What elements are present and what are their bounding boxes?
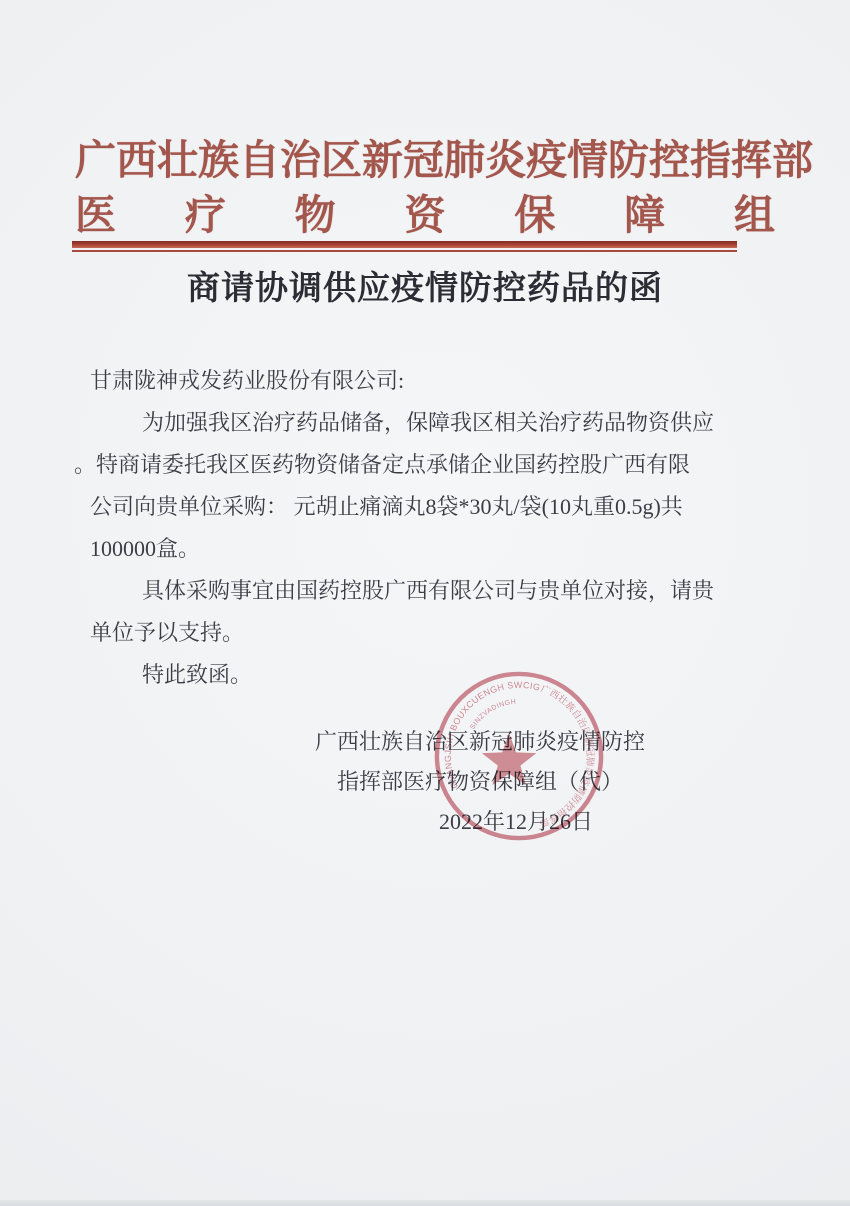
letterhead-rule-thick (72, 241, 737, 248)
letterhead-line2: 医疗物资保障组 (75, 191, 775, 239)
body-line-6: 单位予以支持。 (90, 612, 780, 654)
body-line-4: 100000盒。 (90, 528, 780, 570)
document-title: 商请协调供应疫情防控药品的函 (0, 262, 850, 309)
body-line-1: 为加强我区治疗药品储备，保障我区相关治疗药品物资供应 (90, 402, 780, 444)
svg-text:广西壮族自治区新冠肺炎疫情防控指挥部: 广西壮族自治区新冠肺炎疫情防控指挥部 (538, 683, 597, 830)
body-line-recipient: 甘肃陇神戎发药业股份有限公司: (90, 360, 780, 402)
svg-text:GVANGJSIH BOUXCUENGH SWCIGIH: GVANGJSIH BOUXCUENGH SWCIGIH (443, 680, 542, 791)
body-line-5: 具体采购事宜由国药控股广西有限公司与贵单位对接，请贵 (90, 570, 780, 612)
document-page: 广西壮族自治区新冠肺炎疫情防控指挥部 医疗物资保障组 商请协调供应疫情防控药品的… (0, 0, 850, 1206)
letter-body: 甘肃陇神戎发药业股份有限公司: 为加强我区治疗药品储备，保障我区相关治疗药品物资… (90, 360, 780, 696)
letterhead-rule-thin (72, 250, 737, 252)
letterhead-line1: 广西壮族自治区新冠肺炎疫情防控指挥部 (75, 136, 775, 184)
body-line-2: 。特商请委托我区医药物资储备定点承储企业国药控股广西有限 (74, 444, 780, 486)
seal-star-icon (482, 733, 537, 785)
seal-ring-latin-text: GVANGJSIH BOUXCUENGH SWCIGIH (443, 680, 542, 791)
body-line-3: 公司向贵单位采购： 元胡止痛滴丸8袋*30丸/袋(10丸重0.5g)共 (90, 486, 780, 528)
official-seal: GVANGJSIH BOUXCUENGH SWCIGIH 广西壮族自治区新冠肺炎… (430, 666, 608, 846)
paper-bottom-edge (0, 1200, 850, 1206)
seal-ring-cjk-text: 广西壮族自治区新冠肺炎疫情防控指挥部 (538, 683, 597, 830)
letterhead: 广西壮族自治区新冠肺炎疫情防控指挥部 医疗物资保障组 (75, 136, 775, 239)
